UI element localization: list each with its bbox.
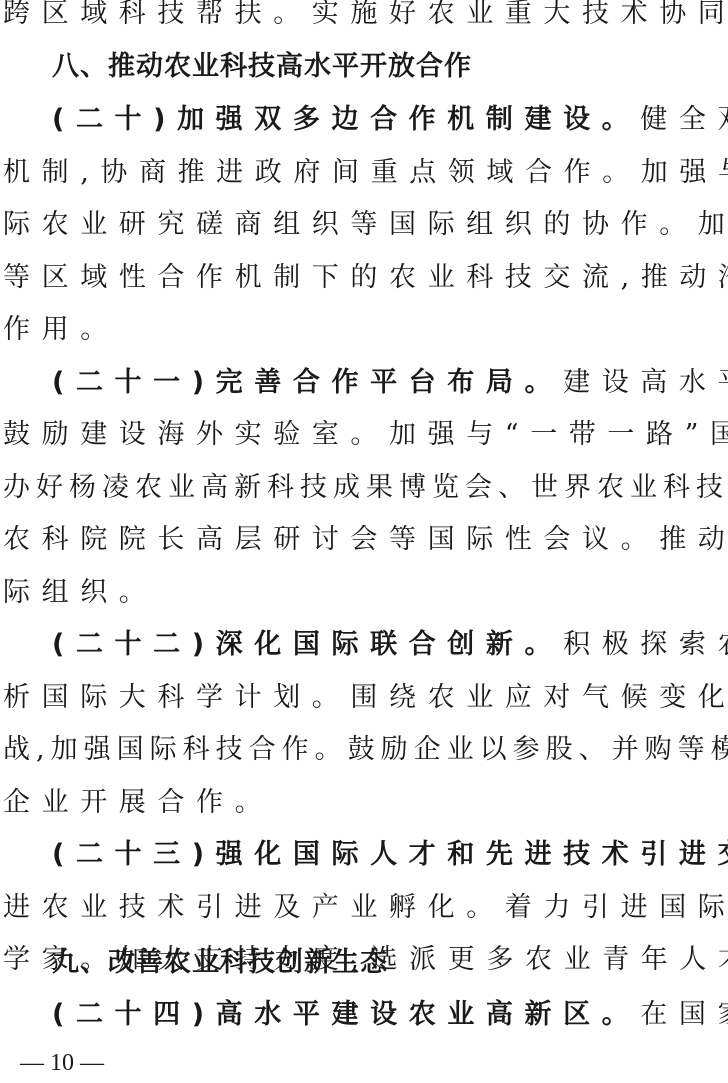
line-text: 鼓励建设海外实验室。加强与“一带一路”国家农业科技合作。 [3,419,728,450]
line-text: 进农业技术引进及产业孵化。着力引进国际一流科学家和青年科 [3,892,728,923]
line-text: 健全双边农业科技对话 [640,104,728,135]
line-text: 建设高水平国际联合实验室, [563,367,728,398]
page-number: — 10 — [20,1048,104,1078]
paragraph-line: 进农业技术引进及产业孵化。着力引进国际一流科学家和青年科 [3,888,703,928]
paragraph-line: 等区域性合作机制下的农业科技交流,推动沿边省份更好发挥 [3,258,703,298]
line-text: 战,加强国际科技合作。鼓励企业以参股、并购等模式与国际科技 [3,734,728,765]
line-text: 企业开展合作。 [3,787,273,818]
subheading-22: (二十二)深化国际联合创新。 [52,629,563,660]
section-heading-9: 九、改善农业科技创新生态 [52,943,703,983]
line-text: 作用。 [3,314,119,345]
paragraph-line: 办好杨凌农业高新科技成果博览会、世界农业科技创新大会、国际 [3,468,703,508]
line-text: 农科院院长高层研讨会等国际性会议。推动在华设立农业科技国 [3,524,728,555]
paragraph-24-line: (二十四)高水平建设农业高新区。在国家农业高新技术产 [52,995,703,1035]
subheading-21: (二十一)完善合作平台布局。 [52,367,563,398]
paragraph-line: 际组织。 [3,573,703,613]
paragraph-line: 机制,协商推进政府间重点领域合作。加强与联合国粮农组织、国 [3,153,703,193]
paragraph-line: 作用。 [3,310,703,350]
subheading-23: (二十三)强化国际人才和先进技术引进交流。 [52,839,728,870]
paragraph-23-line: (二十三)强化国际人才和先进技术引进交流。加强国际先 [52,835,703,875]
line-text: 在国家农业高新技术产 [640,999,728,1030]
paragraph-22-line: (二十二)深化国际联合创新。积极探索农作物基因资源阐 [52,625,703,665]
paragraph-line: 际农业研究磋商组织等国际组织的协作。加强与东盟、上合组织 [3,205,703,245]
line-text: 办好杨凌农业高新科技成果博览会、世界农业科技创新大会、国际 [3,472,728,503]
paragraph-line: 析国际大科学计划。围绕农业应对气候变化、生物安全等共性挑 [3,678,703,718]
line-text: 机制,协商推进政府间重点领域合作。加强与联合国粮农组织、国 [3,157,728,188]
heading-text: 九、改善农业科技创新生态 [52,947,388,978]
line-text: 积极探索农作物基因资源阐 [563,629,728,660]
line-text: 际农业研究磋商组织等国际组织的协作。加强与东盟、上合组织 [3,209,728,240]
line-text: 际组织。 [3,577,157,608]
line-text: 跨区域科技帮扶。实施好农业重大技术协同推广计划。 [3,0,728,29]
subheading-20: (二十)加强双多边合作机制建设。 [52,104,640,135]
paragraph-line: 跨区域科技帮扶。实施好农业重大技术协同推广计划。 [3,0,703,34]
line-text: 析国际大科学计划。围绕农业应对气候变化、生物安全等共性挑 [3,682,728,713]
document-page: 跨区域科技帮扶。实施好农业重大技术协同推广计划。 八、推动农业科技高水平开放合作… [0,0,728,1083]
paragraph-line: 农科院院长高层研讨会等国际性会议。推动在华设立农业科技国 [3,520,703,560]
paragraph-20-line: (二十)加强双多边合作机制建设。健全双边农业科技对话 [52,100,703,140]
paragraph-21-line: (二十一)完善合作平台布局。建设高水平国际联合实验室, [52,363,703,403]
paragraph-line: 战,加强国际科技合作。鼓励企业以参股、并购等模式与国际科技 [3,730,703,770]
heading-text: 八、推动农业科技高水平开放合作 [52,51,472,82]
paragraph-line: 企业开展合作。 [3,783,703,823]
subheading-24: (二十四)高水平建设农业高新区。 [52,999,640,1030]
section-heading-8: 八、推动农业科技高水平开放合作 [52,47,703,87]
paragraph-line: 鼓励建设海外实验室。加强与“一带一路”国家农业科技合作。 [3,415,703,455]
line-text: 等区域性合作机制下的农业科技交流,推动沿边省份更好发挥 [3,262,728,293]
